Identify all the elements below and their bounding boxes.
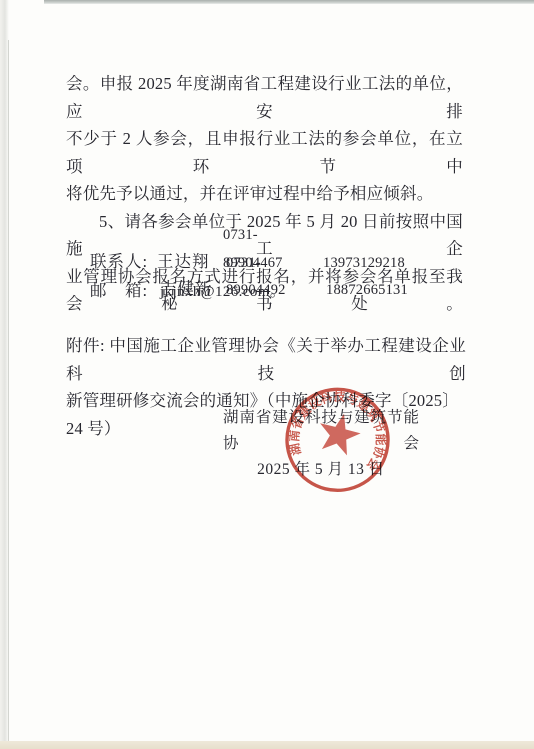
contact-mobile: 18872665131	[326, 277, 408, 305]
email-label: 邮 箱:	[90, 277, 158, 305]
contact-row: 联系人:王达翔0731-8990446713973129218	[90, 222, 490, 250]
contact-block: 联系人:王达翔0731-8990446713973129218 吉健新0731-…	[90, 222, 490, 305]
scan-edge-top	[44, 0, 534, 4]
seal-star-icon	[314, 409, 364, 458]
document-line: 将优先予以通过，并在评审过程中给予相应倾斜。	[66, 180, 463, 208]
email-value: jkjnxh@126.com。	[160, 284, 285, 300]
scan-edge-left	[0, 0, 9, 749]
attachment-line: 附件: 中国施工企业管理协会《关于举办工程建设企业科技创	[66, 332, 466, 387]
document-line: 会。申报 2025 年度湖南省工程建设行业工法的单位，应安排	[66, 70, 463, 125]
scanned-letter-page: 会。申报 2025 年度湖南省工程建设行业工法的单位，应安排 不少于 2 人参会…	[0, 0, 534, 749]
document-line: 不少于 2 人参会，且申报行业工法的参会单位，在立项环节中	[66, 125, 463, 180]
contact-row: 吉健新0731-8990449218872665131	[90, 250, 490, 278]
scan-edge-bottom	[0, 741, 534, 749]
